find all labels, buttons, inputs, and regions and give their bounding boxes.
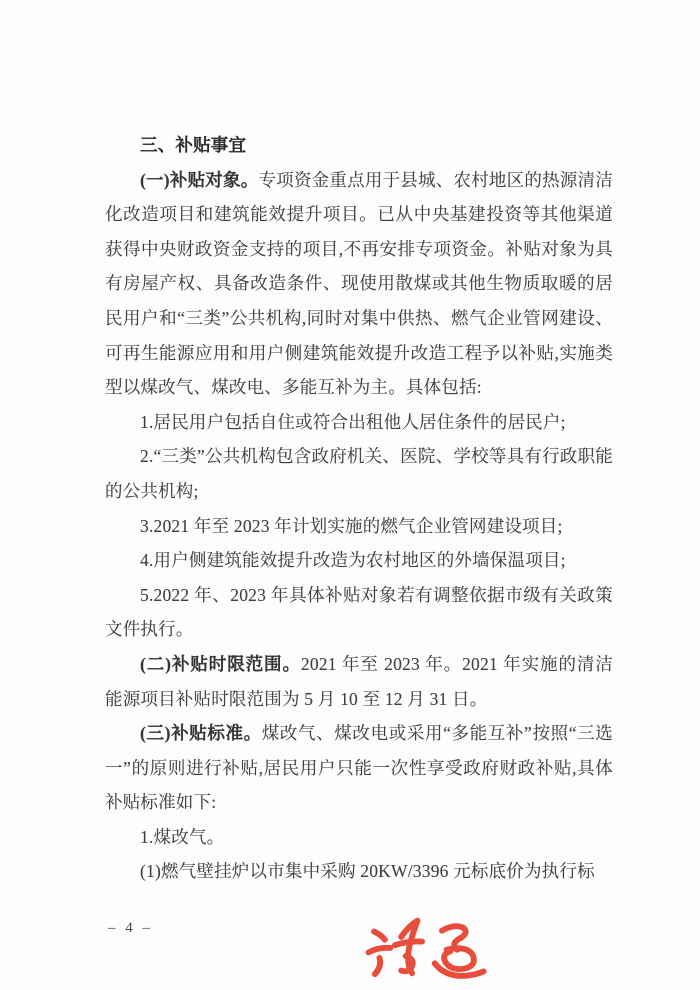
para-subsidy-period: (二)补贴时限范围。2021 年至 2023 年。2021 年实施的清洁能源项目… <box>105 647 613 716</box>
para-boiler-price: (1)燃气壁挂炉以市集中采购 20KW/3396 元标底价为执行标 <box>105 854 613 889</box>
para-lead: (三)补贴标准。 <box>140 723 262 743</box>
para-text: 2.“三类”公共机构包含政府机关、医院、学校等具有行政职能的公共机构; <box>105 446 613 501</box>
para-text: 专项资金重点用于县城、农村地区的热源清洁化改造项目和建筑能效提升项目。已从中央基… <box>105 170 613 398</box>
document-body: 三、补贴事宜 (一)补贴对象。专项资金重点用于县城、农村地区的热源清洁化改造项目… <box>105 128 613 889</box>
page-number: – 4 – <box>108 920 153 937</box>
list-item-4: 4.用户侧建筑能效提升改造为农村地区的外墙保温项目; <box>105 543 613 578</box>
section-heading: 三、补贴事宜 <box>105 128 613 163</box>
para-text: 5.2022 年、2023 年具体补贴对象若有调整依据市级有关政策文件执行。 <box>105 585 613 640</box>
para-subsidy-standard: (三)补贴标准。煤改气、煤改电或采用“多能互补”按照“三选一”的原则进行补贴,居… <box>105 716 613 820</box>
para-lead: (二)补贴时限范围。 <box>140 654 301 674</box>
red-signature-watermark <box>345 896 490 988</box>
para-text: (1)燃气壁挂炉以市集中采购 20KW/3396 元标底价为执行标 <box>140 861 595 881</box>
para-text: 4.用户侧建筑能效提升改造为农村地区的外墙保温项目; <box>140 550 566 570</box>
list-item-5: 5.2022 年、2023 年具体补贴对象若有调整依据市级有关政策文件执行。 <box>105 578 613 647</box>
list-item-2: 2.“三类”公共机构包含政府机关、医院、学校等具有行政职能的公共机构; <box>105 439 613 508</box>
para-text: 1.居民用户包括自住或符合出租他人居住条件的居民户; <box>140 412 566 432</box>
document-page: 三、补贴事宜 (一)补贴对象。专项资金重点用于县城、农村地区的热源清洁化改造项目… <box>0 0 700 990</box>
list-item-1: 1.居民用户包括自住或符合出租他人居住条件的居民户; <box>105 405 613 440</box>
para-lead: (一)补贴对象。 <box>140 170 258 190</box>
para-text: 3.2021 年至 2023 年计划实施的燃气企业管网建设项目; <box>140 516 563 536</box>
para-text: 1.煤改气。 <box>140 827 224 847</box>
list-item-3: 3.2021 年至 2023 年计划实施的燃气企业管网建设项目; <box>105 509 613 544</box>
para-subsidy-targets: (一)补贴对象。专项资金重点用于县城、农村地区的热源清洁化改造项目和建筑能效提升… <box>105 163 613 405</box>
para-coal-to-gas: 1.煤改气。 <box>105 820 613 855</box>
